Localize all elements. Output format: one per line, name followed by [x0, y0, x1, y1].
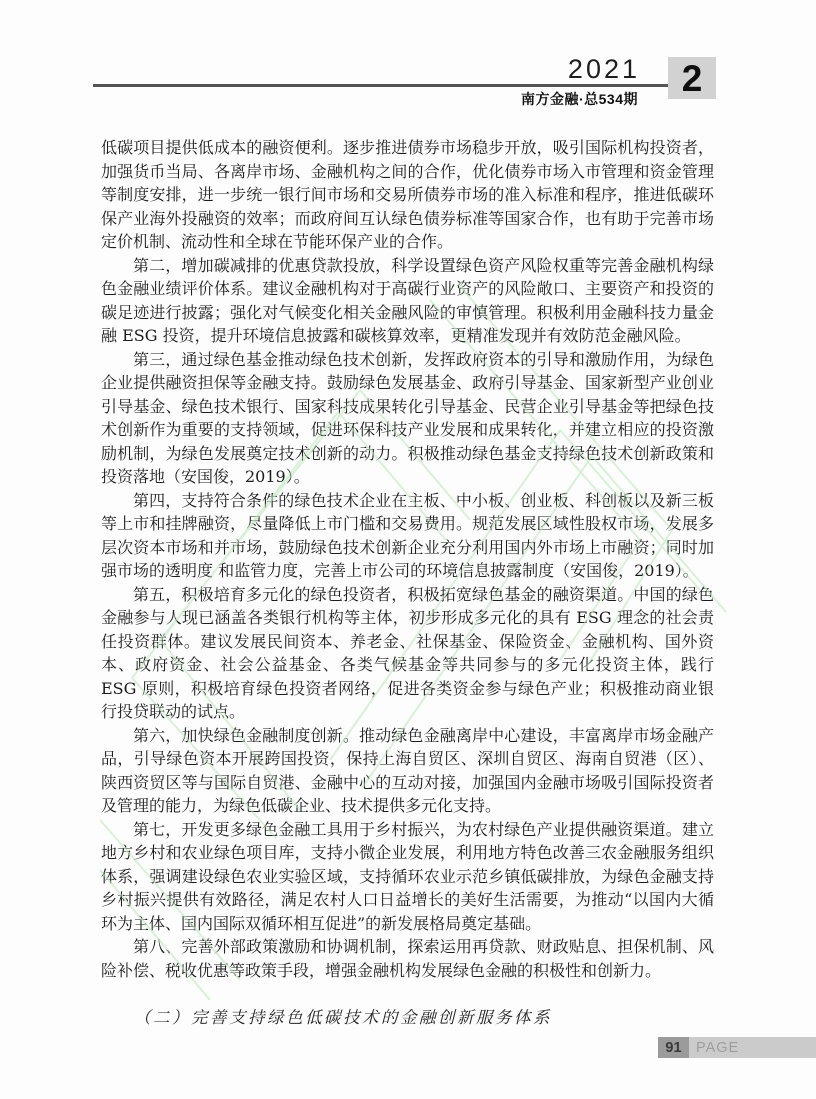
paragraph: 第八、完善外部政策激励和协调机制，探索运用再贷款、财政贴息、担保机制、风险补偿、… — [101, 935, 714, 982]
paragraph: 第五，积极培育多元化的绿色投资者，积极拓宽绿色基金的融资渠道。中国的绿色金融参与… — [101, 583, 714, 724]
paragraph: 第七，开发更多绿色金融工具用于乡村振兴，为农村绿色产业提供融资渠道。建立地方乡村… — [101, 818, 714, 936]
page-label: PAGE — [696, 1040, 739, 1056]
header-year: 2021 — [440, 54, 640, 85]
paragraph: 低碳项目提供低成本的融资便利。逐步推进债券市场稳步开放，吸引国际机构投资者，加强… — [101, 136, 714, 254]
issue-number-badge: 2 — [668, 57, 716, 99]
page-number-badge: 91 — [658, 1037, 689, 1058]
document-page: 2021 南方金融·总534期 2 低碳项目提供低成本的融资便利。逐步推进债券市… — [0, 0, 816, 1099]
paragraph: 第二，增加碳减排的优惠贷款投放，科学设置绿色资产风险权重等完善金融机构绿色金融业… — [101, 254, 714, 348]
journal-title: 南方金融·总534期 — [458, 89, 638, 109]
paragraph: 第三，通过绿色基金推动绿色技术创新，发挥政府资本的引导和激励作用，为绿色企业提供… — [101, 348, 714, 489]
paragraph: 第四，支持符合条件的绿色技术企业在主板、中小板、创业板、科创板以及新三板等上市和… — [101, 489, 714, 583]
article-body: 低碳项目提供低成本的融资便利。逐步推进债券市场稳步开放，吸引国际机构投资者，加强… — [101, 136, 714, 1030]
section-heading: （二）完善支持绿色低碳技术的金融创新服务体系 — [101, 1006, 714, 1030]
footer-page-bar: 91 PAGE — [658, 1037, 816, 1058]
header-rule — [93, 84, 668, 87]
paragraph: 第六，加快绿色金融制度创新。推动绿色金融离岸中心建设，丰富离岸市场金融产品，引导… — [101, 724, 714, 818]
